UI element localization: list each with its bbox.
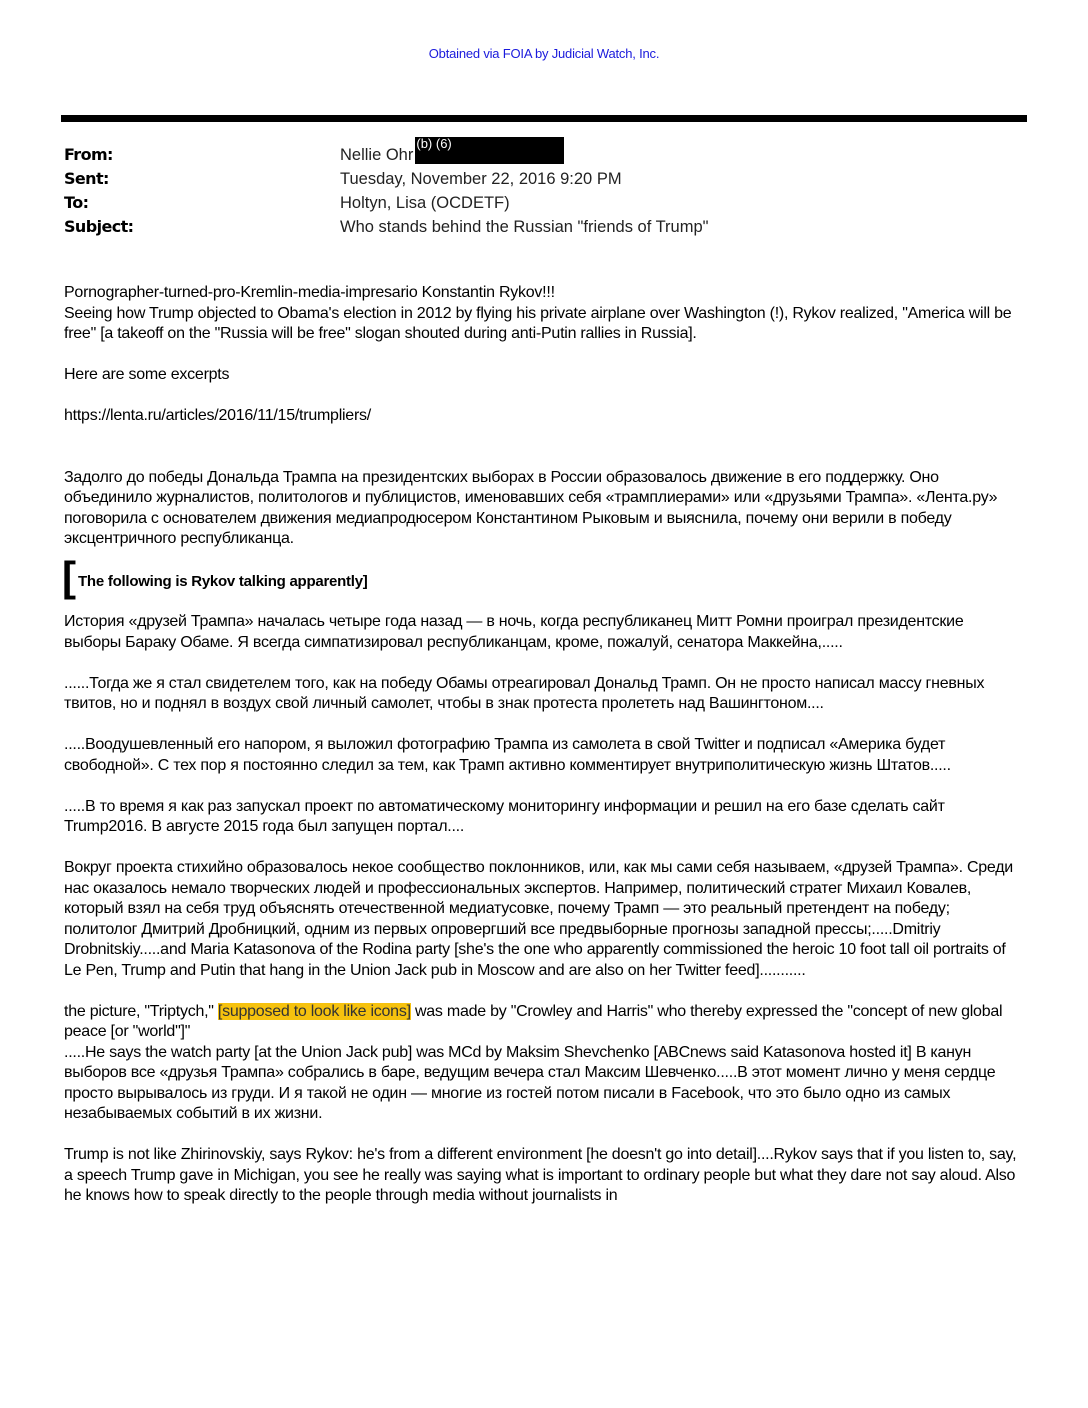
- subject-value: Who stands behind the Russian "friends o…: [340, 215, 709, 239]
- subject-label: Subject:: [64, 215, 133, 239]
- highlighted-note: [supposed to look like icons]: [218, 1003, 411, 1020]
- from-value: Nellie Ohr(b) (6): [340, 143, 564, 170]
- sender-name: Nellie Ohr: [340, 146, 413, 164]
- from-label: From:: [64, 143, 113, 167]
- intro-line-2: Seeing how Trump objected to Obama's ele…: [64, 304, 1024, 345]
- redaction-box: (b) (6): [415, 137, 564, 164]
- foia-watermark: Obtained via FOIA by Judicial Watch, Inc…: [0, 46, 1088, 61]
- excerpts-label: Here are some excerpts: [64, 365, 1024, 386]
- section-title: [ The following is Rykov talking apparen…: [64, 560, 1024, 592]
- intro-line-1: Pornographer-turned-pro-Kremlin-media-im…: [64, 283, 1024, 304]
- sent-value: Tuesday, November 22, 2016 9:20 PM: [340, 167, 622, 191]
- section-bracket: [: [62, 556, 76, 598]
- paragraph: Вокруг проекта стихийно образовалось нек…: [64, 858, 1024, 981]
- section-title-text: The following is Rykov talking apparentl…: [78, 573, 368, 590]
- paragraph: .....Воодушевленный его напором, я вылож…: [64, 735, 1024, 776]
- paragraph: Trump is not like Zhirinovskiy, says Ryk…: [64, 1145, 1024, 1207]
- header-divider: [61, 115, 1027, 122]
- russian-intro: Задолго до победы Дональда Трампа на пре…: [64, 468, 1024, 550]
- to-value: Holtyn, Lisa (OCDETF): [340, 191, 510, 215]
- paragraph: ......Тогда же я стал свидетелем того, к…: [64, 674, 1024, 715]
- sent-label: Sent:: [64, 167, 109, 191]
- email-body: Pornographer-turned-pro-Kremlin-media-im…: [64, 283, 1024, 1207]
- paragraph-triptych: the picture, "Triptych," [supposed to lo…: [64, 1002, 1024, 1043]
- to-label: To:: [64, 191, 88, 215]
- article-link[interactable]: https://lenta.ru/articles/2016/11/15/tru…: [64, 407, 371, 424]
- paragraph: .....He says the watch party [at the Uni…: [64, 1043, 1024, 1125]
- text-segment: the picture, "Triptych,": [64, 1003, 218, 1020]
- paragraph: .....В то время я как раз запускал проек…: [64, 797, 1024, 838]
- paragraph: История «друзей Трампа» началась четыре …: [64, 612, 1024, 653]
